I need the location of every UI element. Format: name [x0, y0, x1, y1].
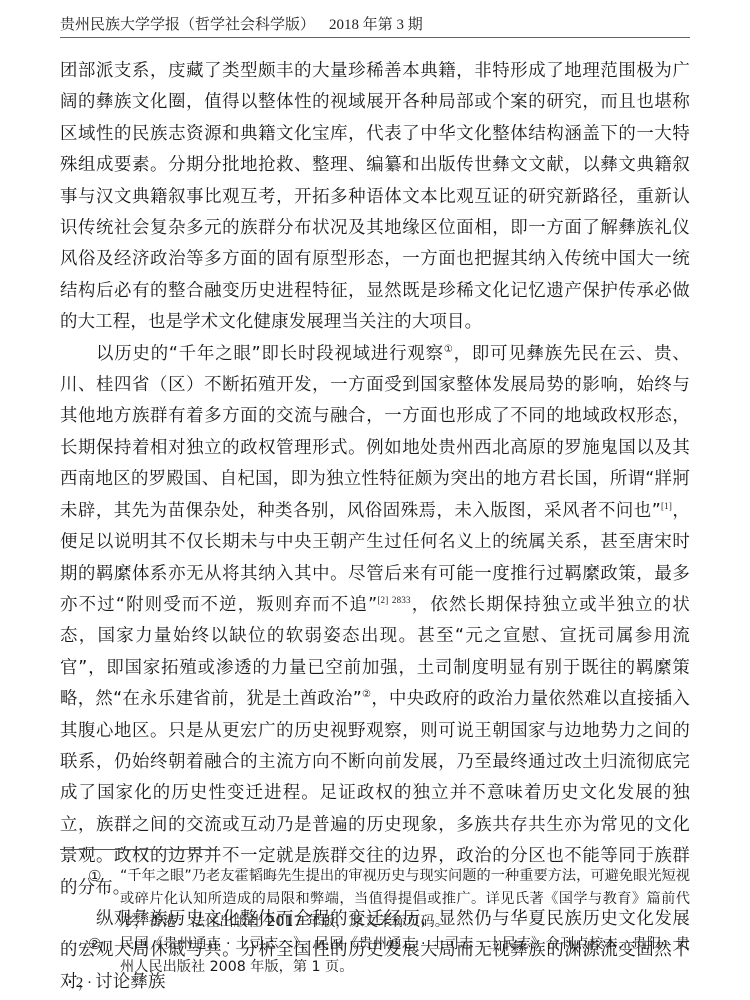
paragraph-text: 团部派支系，庋藏了类型颇丰的大量珍稀善本典籍，非特形成了地理范围极为广阔的彝族文… — [60, 61, 690, 332]
page-number: · 2 · — [67, 975, 92, 992]
body-text: 团部派支系，庋藏了类型颇丰的大量珍稀善本典籍，非特形成了地理范围极为广阔的彝族文… — [60, 56, 690, 998]
paragraph-1: 团部派支系，庋藏了类型颇丰的大量珍稀善本典籍，非特形成了地理范围极为广阔的彝族文… — [60, 56, 690, 339]
footnote-2: ② 民国《贵州通志 · 土司志一》，民国《贵州通志 · 土司志 · 土民志》合刊… — [88, 933, 690, 979]
footnote-marker: ② — [88, 933, 101, 956]
citation-ref-1[interactable]: [1] — [661, 501, 672, 511]
footnote-text: “千年之眼”乃老友霍韬晦先生提出的审视历史与现实问题的一种重要方法，可避免眼光短… — [120, 868, 690, 930]
footnote-text: 民国《贵州通志 · 土司志一》，民国《贵州通志 · 土司志 · 土民志》合刊点校… — [120, 936, 690, 975]
header-rule — [60, 37, 690, 38]
footnote-ref-1[interactable]: ① — [444, 344, 454, 355]
citation-ref-2[interactable]: [2] 2833 — [377, 595, 410, 605]
journal-title: 贵州民族大学学报（哲学社会科学版） — [60, 15, 315, 33]
footnote-separator — [60, 849, 217, 850]
footnote-1: ① “千年之眼”乃老友霍韬晦先生提出的审视历史与现实问题的一种重要方法，可避免眼… — [88, 865, 690, 933]
running-head: 贵州民族大学学报（哲学社会科学版）2018 年第 3 期 — [60, 14, 690, 35]
issue-label: 2018 年第 3 期 — [329, 17, 423, 33]
footnote-marker: ① — [88, 865, 101, 888]
paragraph-text: ，即可见彝族先民在云、贵、川、桂四省（区）不断拓殖开发，一方面受到国家整体发展局… — [60, 344, 690, 521]
footnote-ref-2[interactable]: ② — [362, 689, 371, 700]
paragraph-text: 以历史的“千年之眼”即长时段视域进行观察 — [96, 344, 444, 364]
footnotes: ① “千年之眼”乃老友霍韬晦先生提出的审视历史与现实问题的一种重要方法，可避免眼… — [88, 865, 690, 979]
paragraph-2: 以历史的“千年之眼”即长时段视域进行观察①，即可见彝族先民在云、贵、川、桂四省（… — [60, 339, 690, 904]
